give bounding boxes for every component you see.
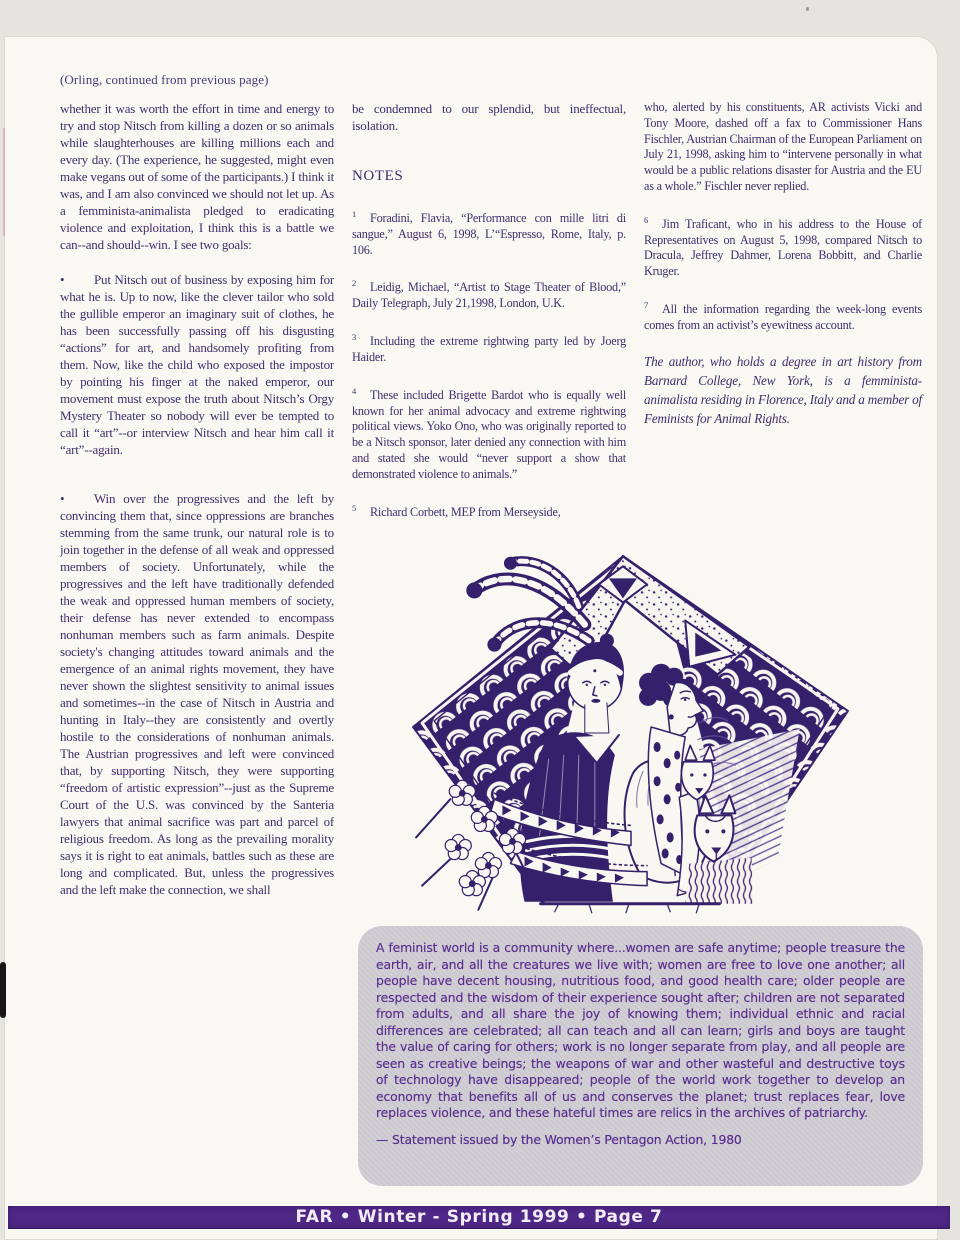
article-column-3: who, alerted by his constituents, AR act… [644, 100, 922, 446]
footnote-number: 4 [352, 384, 370, 400]
footnote-number: 7 [644, 298, 662, 314]
author-bio: The author, who holds a degree in art hi… [644, 352, 922, 428]
footnote: 7All the information regarding the week-… [644, 298, 922, 334]
footnote-continuation: who, alerted by his constituents, AR act… [644, 100, 922, 195]
footnote-text: Jim Traficant, who in his address to the… [644, 217, 922, 278]
article-column-2: be condemned to our splendid, but ineffe… [352, 100, 626, 538]
footnote: 5Richard Corbett, MEP from Merseyside, [352, 501, 626, 521]
footnote-number: 5 [352, 501, 370, 517]
two-women-illustration [398, 540, 866, 922]
quote-box: A feminist world is a community where...… [358, 926, 923, 1186]
footnote-number: 3 [352, 330, 370, 346]
footnote-number: 2 [352, 276, 370, 292]
footnote: 3Including the extreme rightwing party l… [352, 330, 626, 366]
article-column-1: whether it was worth the effort in time … [60, 100, 334, 1180]
footnote-text: Richard Corbett, MEP from Merseyside, [370, 505, 561, 519]
scanned-newsletter-page: (Orling, continued from previous page) w… [0, 0, 960, 1240]
footnote-number: 6 [644, 213, 662, 229]
scan-artifact-speck [806, 7, 809, 11]
bullet-glyph: • [60, 271, 94, 288]
bullet-text: Win over the progressives and the left b… [60, 491, 334, 897]
quote-attribution: — Statement issued by the Women’s Pentag… [376, 1132, 905, 1149]
continuation-note: (Orling, continued from previous page) [60, 72, 269, 88]
bullet-text: Put Nitsch out of business by exposing h… [60, 272, 334, 457]
footnote-text: Leidig, Michael, “Artist to Stage Theate… [352, 281, 626, 311]
footnote-text: All the information regarding the week-l… [644, 302, 922, 332]
bullet-item-2: •Win over the progressives and the left … [60, 490, 334, 898]
quote-text: A feminist world is a community where...… [376, 940, 905, 1122]
footnote: 6Jim Traficant, who in his address to th… [644, 213, 922, 280]
footer-text: FAR • Winter - Spring 1999 • Page 7 [296, 1207, 663, 1227]
footnote-number: 1 [352, 207, 370, 223]
notes-heading: NOTES [352, 168, 626, 185]
paragraph: whether it was worth the effort in time … [60, 100, 334, 253]
footnote: 2Leidig, Michael, “Artist to Stage Theat… [352, 276, 626, 312]
bullet-glyph: • [60, 490, 94, 507]
scan-artifact-black-mark [0, 962, 6, 1018]
bullet-item-1: •Put Nitsch out of business by exposing … [60, 271, 334, 458]
footnote-text: These included Brigette Bardot who is eq… [352, 388, 626, 481]
footer-bar: FAR • Winter - Spring 1999 • Page 7 [8, 1206, 950, 1228]
paragraph: be condemned to our splendid, but ineffe… [352, 100, 626, 134]
footnote-text: Including the extreme rightwing party le… [352, 334, 626, 364]
footnote: 4These included Brigette Bardot who is e… [352, 384, 626, 483]
footnote-text: Foradini, Flavia, “Performance con mille… [352, 211, 626, 257]
scan-artifact-pink-line [3, 128, 5, 236]
footnote: 1Foradini, Flavia, “Performance con mill… [352, 207, 626, 258]
